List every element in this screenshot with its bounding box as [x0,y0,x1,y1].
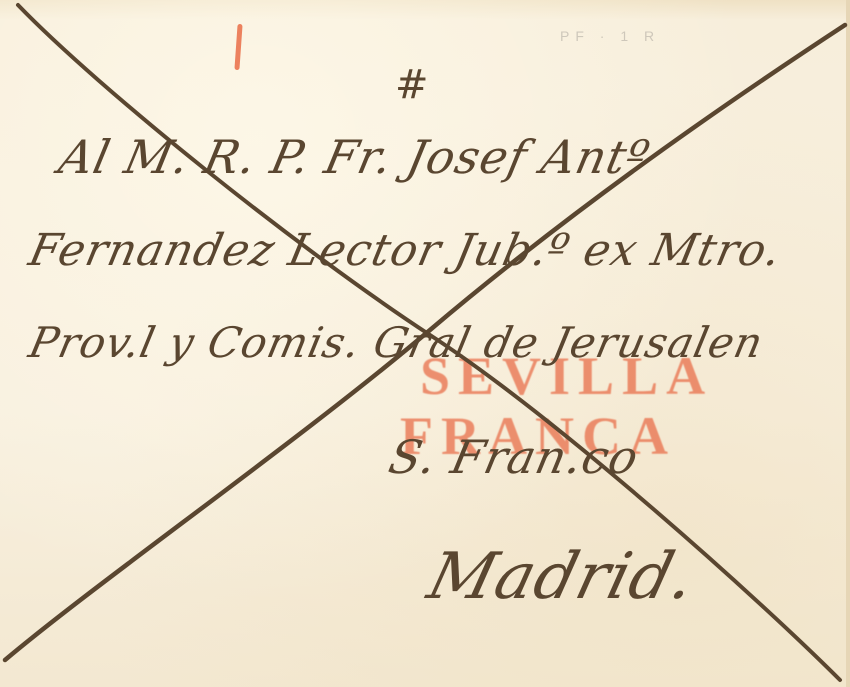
cancellation-cross-icon [0,0,850,687]
letter-cover: PF · 1 R SEVILLA FRANCA # Al M. R. P. Fr… [0,0,850,687]
